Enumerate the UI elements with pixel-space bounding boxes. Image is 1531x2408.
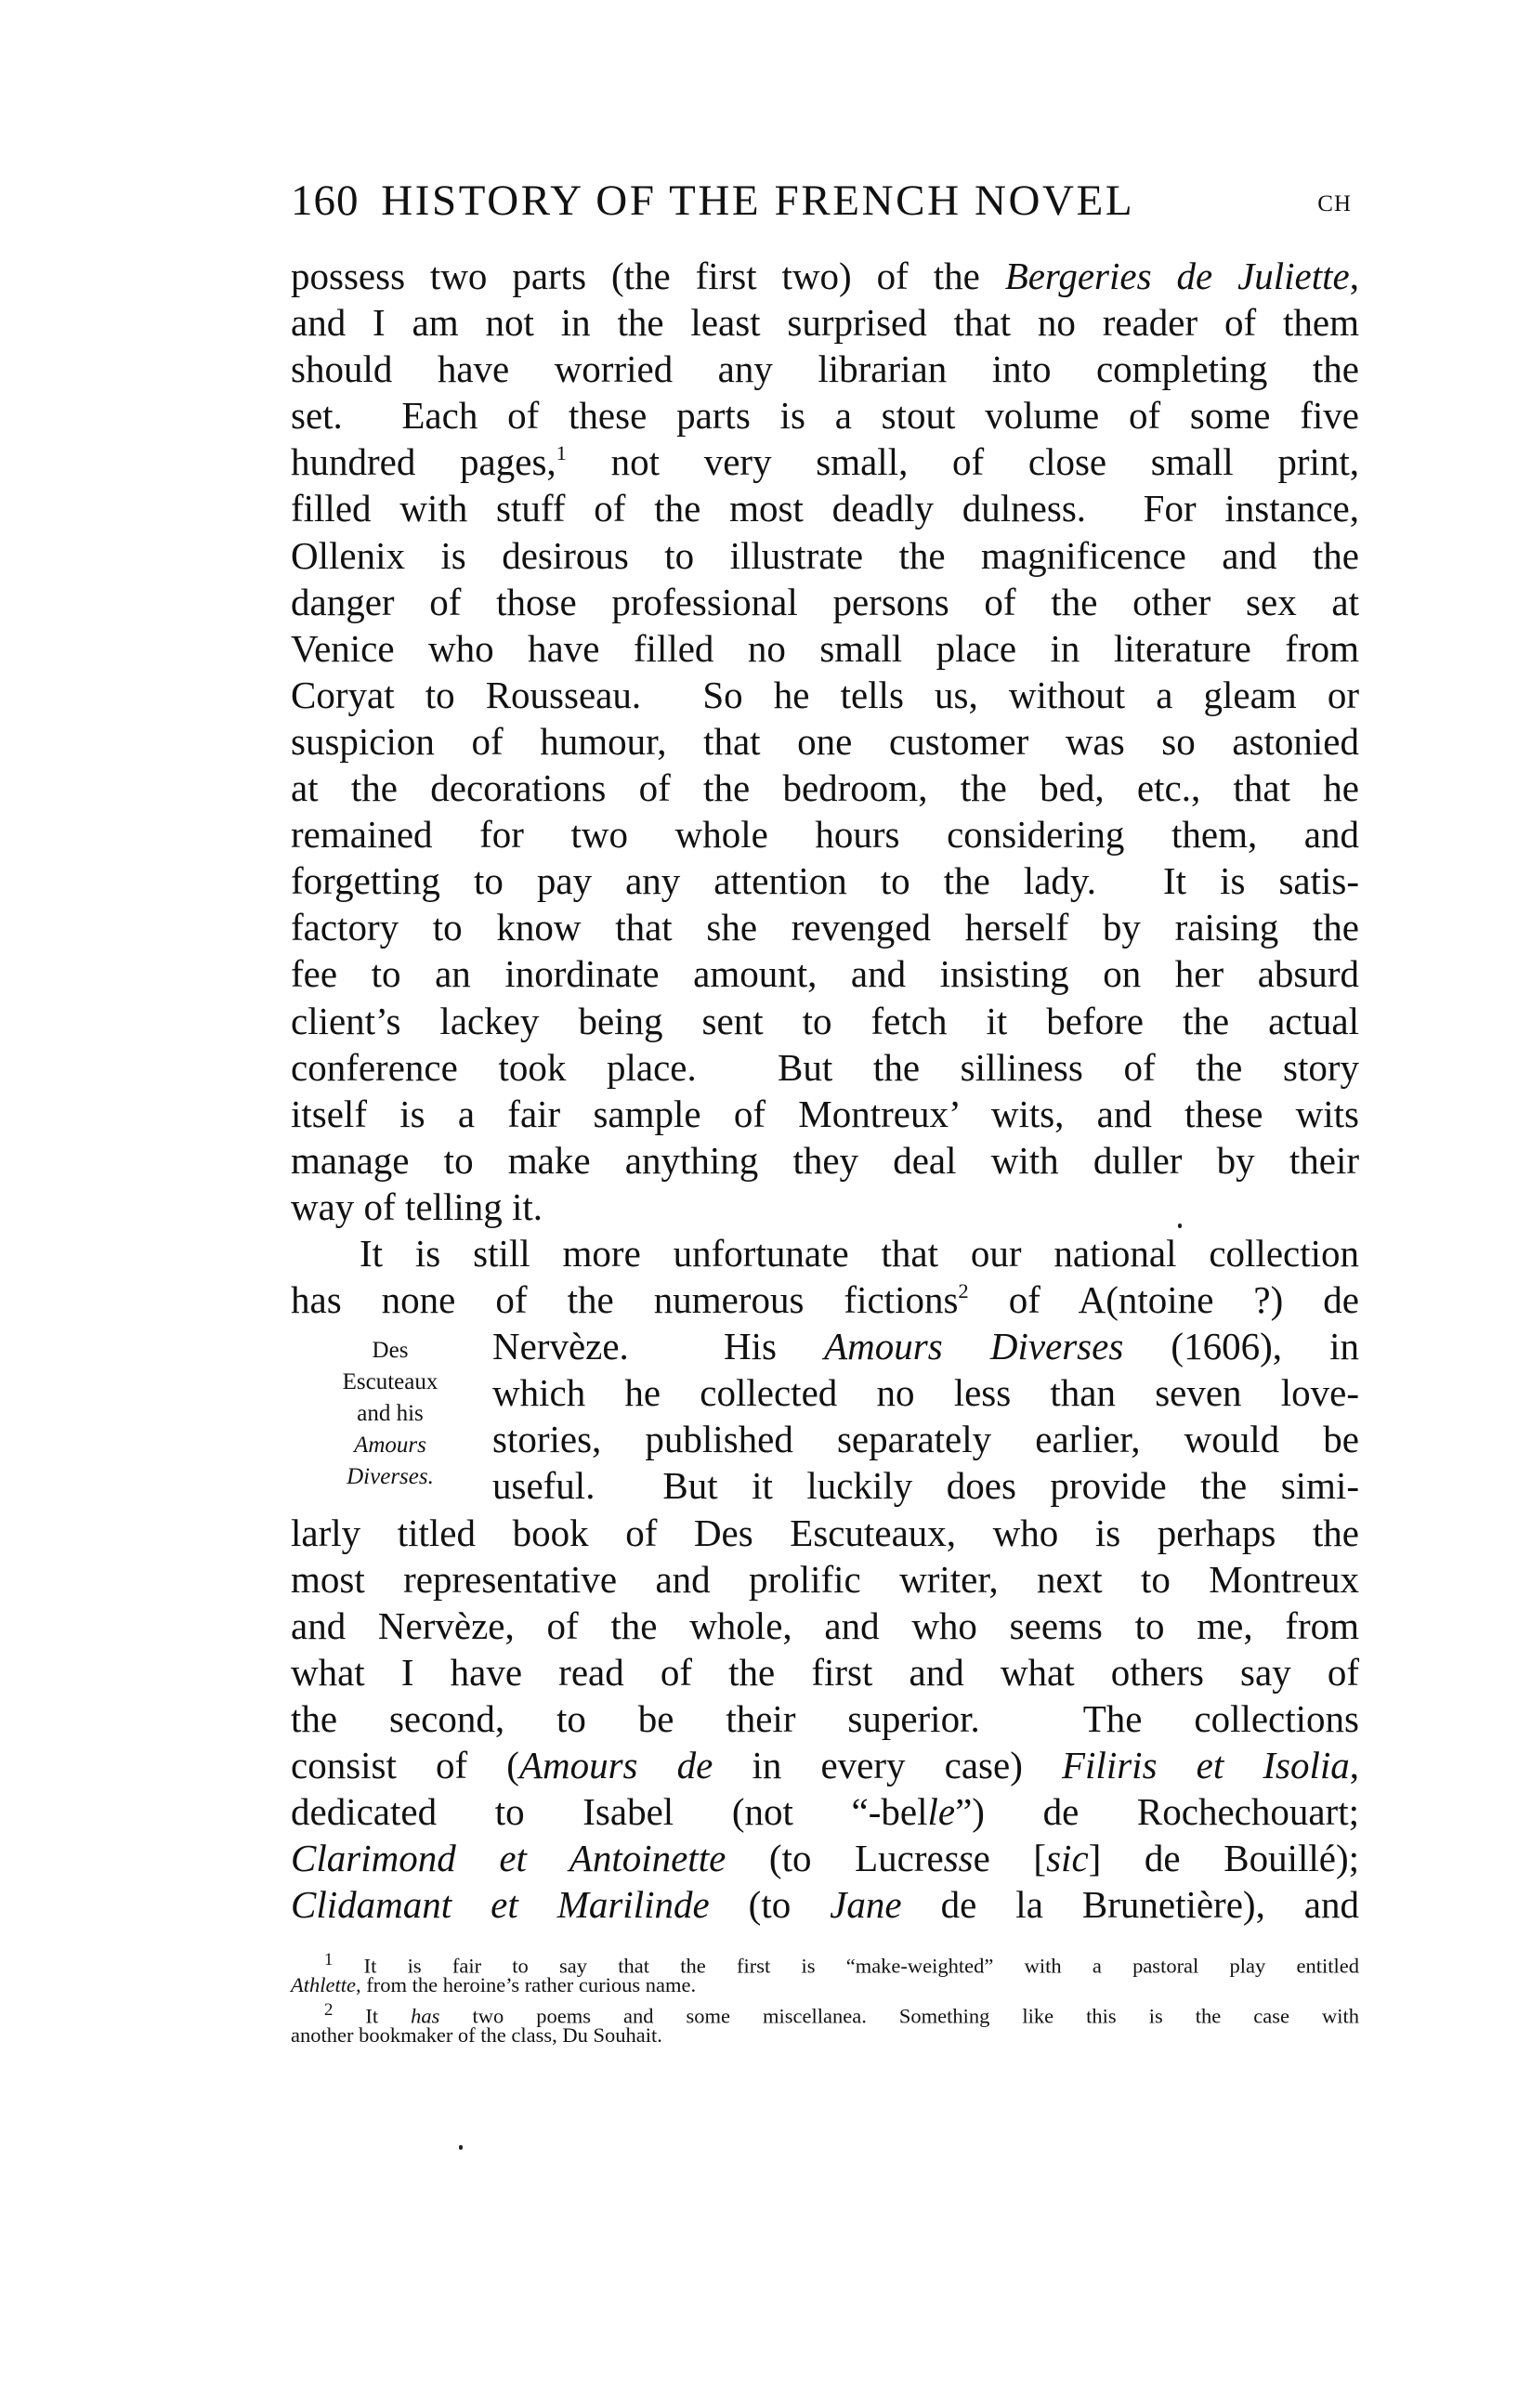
text-line: has none of the numerous fictions2 of A(… <box>291 1276 1359 1323</box>
italic-text: Amours Diverses <box>824 1325 1123 1368</box>
text-run: should have worried any librarian into c… <box>291 347 1359 390</box>
text-line: suspicion of humour, that one customer w… <box>291 718 1359 765</box>
text-run: , from the heroine’s rather curious name… <box>356 1973 696 1996</box>
page-number: 160 <box>291 177 360 225</box>
text-line: should have worried any librarian into c… <box>291 346 1359 392</box>
margin-note-line: and his <box>307 1398 474 1430</box>
text-line: the second, to be their superior. The co… <box>291 1695 1359 1742</box>
text-line: remained for two whole hours considering… <box>291 811 1359 857</box>
text-run: most representative and prolific writer,… <box>291 1558 1359 1601</box>
italic-text: Amours de <box>519 1744 713 1786</box>
text-run: ”) de Rochechouart; <box>955 1790 1359 1833</box>
text-run: and Nervèze, of the whole, and who seems… <box>291 1604 1359 1647</box>
text-line: forgetting to pay any attention to the l… <box>291 857 1359 904</box>
text-run: forgetting to pay any attention to the l… <box>291 859 1359 902</box>
text-run: and I am not in the least surprised that… <box>291 301 1359 344</box>
text-line: at the decorations of the bedroom, the b… <box>291 765 1359 811</box>
text-line: filled with stuff of the most deadly dul… <box>291 485 1359 531</box>
text-line: and I am not in the least surprised that… <box>291 299 1359 346</box>
text-run: set. Each of these parts is a stout volu… <box>291 394 1359 437</box>
text-run: what I have read of the first and what o… <box>291 1651 1359 1694</box>
text-run: de la Brunetière), and <box>902 1883 1359 1926</box>
footnote-line: 1 It is fair to say that the first is “m… <box>291 1947 1359 1972</box>
text-run: Ollenix is desirous to illustrate the ma… <box>291 534 1359 577</box>
text-line: possess two parts (the first two) of the… <box>291 253 1359 299</box>
text-line: itself is a fair sample of Montreux’ wit… <box>291 1091 1359 1137</box>
text-line: way of telling it. <box>291 1184 1359 1230</box>
text-line: factory to know that she revenged hersel… <box>291 904 1359 950</box>
text-line: consist of (Amours de in every case) Fil… <box>291 1742 1359 1788</box>
text-run: the second, to be their superior. The co… <box>291 1697 1359 1740</box>
text-run: which he collected no less than seven lo… <box>492 1371 1359 1414</box>
text-run: suspicion of humour, that one customer w… <box>291 720 1359 763</box>
footnote-marker: 2 <box>324 2000 333 2020</box>
text-line: dedicated to Isabel (not “-belle”) de Ro… <box>291 1788 1359 1835</box>
italic-text: Clarimond et Antoinette <box>291 1837 726 1879</box>
text-line: danger of those professional persons of … <box>291 579 1359 625</box>
text-run: (to <box>710 1883 831 1926</box>
margin-note-line: Escuteaux <box>307 1367 474 1398</box>
text-run: possess two parts (the first two) of the <box>291 255 1005 297</box>
print-speck <box>459 2145 463 2150</box>
text-run: another bookmaker of the class, Du Souha… <box>291 2023 662 2047</box>
text-line: and Nervèze, of the whole, and who seems… <box>291 1603 1359 1649</box>
text-run: danger of those professional persons of … <box>291 581 1359 623</box>
footnote-marker: 1 <box>324 1950 333 1970</box>
text-line: fee to an inordinate amount, and insisti… <box>291 950 1359 997</box>
text-line: manage to make anything they deal with d… <box>291 1137 1359 1184</box>
text-run: It is still more unfortunate that our na… <box>360 1232 1359 1275</box>
footnote-marker: 1 <box>556 442 567 465</box>
text-line: set. Each of these parts is a stout volu… <box>291 392 1359 438</box>
text-run: Venice who have filled no small place in… <box>291 627 1359 670</box>
text-line: hundred pages,1 not very small, of close… <box>291 438 1359 485</box>
text-run: of A(ntoine ?) de <box>969 1278 1359 1321</box>
margin-note-line: Diverses. <box>307 1461 474 1493</box>
text-run: remained for two whole hours considering… <box>291 813 1359 856</box>
italic-text: Clidamant et Marilinde <box>291 1883 710 1926</box>
chapter-mark: CH <box>1317 178 1352 230</box>
text-line: It is still more unfortunate that our na… <box>291 1230 1359 1276</box>
italic-text: Filiris et Isolia <box>1062 1744 1350 1786</box>
text-run: at the decorations of the bedroom, the b… <box>291 766 1359 809</box>
text-line: Venice who have filled no small place in… <box>291 625 1359 672</box>
margin-note-line: Des <box>307 1335 474 1367</box>
italic-text: le <box>927 1790 955 1833</box>
italic-text: Athlette <box>291 1973 356 1996</box>
italic-text: Bergeries de Juliette <box>1005 255 1350 297</box>
text-run: e [ <box>974 1837 1046 1879</box>
book-title: HISTORY OF THE FRENCH NOVEL <box>381 177 1134 225</box>
print-speck <box>1178 1224 1182 1228</box>
text-run: larly titled book of Des Escuteaux, who … <box>291 1512 1359 1554</box>
italic-text: sic <box>1046 1837 1089 1879</box>
text-run: dedicated to Isabel (not “-bel <box>291 1790 927 1833</box>
italic-text: Jane <box>830 1883 901 1926</box>
text-run: has none of the numerous fictions <box>291 1278 958 1321</box>
text-run: conference took place. But the silliness… <box>291 1046 1359 1089</box>
text-run: , <box>1350 255 1359 297</box>
text-run: Nervèze. His <box>492 1325 824 1368</box>
text-run: manage to make anything they deal with d… <box>291 1139 1359 1182</box>
text-run: (1606), in <box>1123 1325 1359 1368</box>
text-line: most representative and prolific writer,… <box>291 1556 1359 1603</box>
text-run: client’s lackey being sent to fetch it b… <box>291 1000 1359 1042</box>
text-run: (to Lucre <box>726 1837 943 1879</box>
book-page: 160 HISTORY OF THE FRENCH NOVEL CH posse… <box>0 0 1531 2408</box>
text-run: useful. But it luckily does provide the … <box>492 1464 1359 1507</box>
text-run: factory to know that she revenged hersel… <box>291 906 1359 949</box>
text-run: consist of ( <box>291 1744 519 1786</box>
text-run: fee to an inordinate amount, and insisti… <box>291 952 1359 995</box>
text-line: Clarimond et Antoinette (to Lucresse [si… <box>291 1835 1359 1881</box>
text-run: ] de Bouillé); <box>1089 1837 1359 1879</box>
text-run: Coryat to Rousseau. So he tells us, with… <box>291 674 1359 716</box>
footnote-line: 2 It has two poems and some miscellanea.… <box>291 1997 1359 2022</box>
text-line: Clidamant et Marilinde (to Jane de la Br… <box>291 1881 1359 1928</box>
footnotes: 1 It is fair to say that the first is “m… <box>291 1947 1359 2048</box>
text-run: , <box>1350 1744 1359 1786</box>
text-run: hundred pages, <box>291 440 556 483</box>
margin-note: DesEscuteauxand hisAmoursDiverses. <box>307 1335 474 1493</box>
text-run: not very small, of close small print, <box>567 440 1359 483</box>
text-line: Coryat to Rousseau. So he tells us, with… <box>291 672 1359 718</box>
text-line: conference took place. But the silliness… <box>291 1044 1359 1091</box>
text-run: itself is a fair sample of Montreux’ wit… <box>291 1093 1359 1135</box>
running-head: 160 HISTORY OF THE FRENCH NOVEL CH <box>291 175 1359 227</box>
text-line: Ollenix is desirous to illustrate the ma… <box>291 532 1359 579</box>
text-run: in every case) <box>713 1744 1062 1786</box>
margin-note-line: Amours <box>307 1430 474 1461</box>
text-line: larly titled book of Des Escuteaux, who … <box>291 1510 1359 1556</box>
text-run: way of telling it. <box>291 1185 543 1228</box>
text-run: filled with stuff of the most deadly dul… <box>291 487 1359 530</box>
text-line: client’s lackey being sent to fetch it b… <box>291 998 1359 1044</box>
text-line: what I have read of the first and what o… <box>291 1649 1359 1695</box>
italic-text: ss <box>944 1837 974 1879</box>
footnote-marker: 2 <box>958 1279 968 1302</box>
text-run: stories, published separately earlier, w… <box>492 1418 1359 1460</box>
body-text: possess two parts (the first two) of the… <box>291 253 1359 1928</box>
